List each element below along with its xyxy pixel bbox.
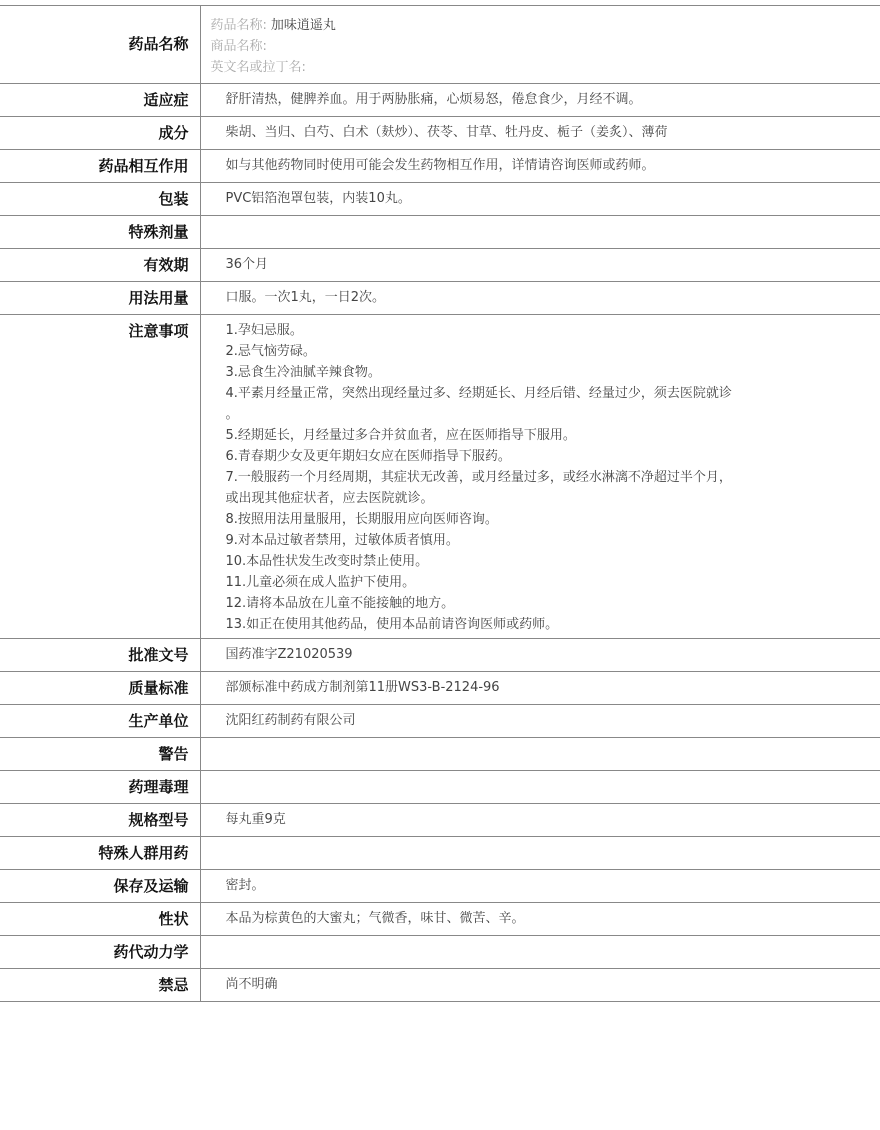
row-value: 舒肝清热，健脾养血。用于两胁胀痛，心烦易怒，倦怠食少，月经不调。 [200, 84, 880, 117]
row-value: 柴胡、当归、白芍、白术（麸炒）、茯苓、甘草、牡丹皮、栀子（姜炙）、薄荷 [200, 117, 880, 150]
row-label: 适应症 [0, 84, 200, 117]
row-drug-name: 药品名称 药品名称:加味逍遥丸 商品名称: 英文名或拉丁名: [0, 6, 880, 84]
row-value: 尚不明确 [200, 969, 880, 1002]
row-value: 36个月 [200, 249, 880, 282]
row-warning: 警告 [0, 738, 880, 771]
row-appearance: 性状 本品为棕黄色的大蜜丸；气微香，味甘、微苦、辛。 [0, 903, 880, 936]
row-special-dosage: 特殊剂量 [0, 216, 880, 249]
row-value [200, 216, 880, 249]
row-specification: 规格型号 每丸重9克 [0, 804, 880, 837]
row-value: 如与其他药物同时使用可能会发生药物相互作用，详情请咨询医师或药师。 [200, 150, 880, 183]
row-label: 药品名称 [0, 6, 200, 84]
row-pharmacology: 药理毒理 [0, 771, 880, 804]
precaution-line: 4.平素月经量正常，突然出现经量过多、经期延长、月经后错、经量过少，须去医院就诊 [226, 383, 880, 404]
precaution-line: 8.按照用法用量服用，长期服用应向医师咨询。 [226, 509, 880, 530]
row-value: 国药准字Z21020539 [200, 639, 880, 672]
row-value: 本品为棕黄色的大蜜丸；气微香，味甘、微苦、辛。 [200, 903, 880, 936]
row-value [200, 771, 880, 804]
precaution-line: 5.经期延长，月经量过多合并贫血者，应在医师指导下服用。 [226, 425, 880, 446]
row-value [200, 738, 880, 771]
generic-name-prefix: 药品名称: [211, 18, 267, 33]
precautions-list: 1.孕妇忌服。 2.忌气恼劳碌。 3.忌食生冷油腻辛辣食物。 4.平素月经量正常… [200, 315, 880, 639]
row-label: 性状 [0, 903, 200, 936]
generic-name-line: 药品名称:加味逍遥丸 [211, 15, 880, 36]
row-dosage: 用法用量 口服。一次1丸，一日2次。 [0, 282, 880, 315]
row-label: 保存及运输 [0, 870, 200, 903]
precaution-line: 9.对本品过敏者禁用，过敏体质者慎用。 [226, 530, 880, 551]
row-label: 质量标准 [0, 672, 200, 705]
row-storage: 保存及运输 密封。 [0, 870, 880, 903]
row-value: 沈阳红药制药有限公司 [200, 705, 880, 738]
row-value [200, 837, 880, 870]
row-pharmacokinetics: 药代动力学 [0, 936, 880, 969]
row-label: 生产单位 [0, 705, 200, 738]
latin-name-prefix: 英文名或拉丁名: [211, 60, 306, 75]
row-value: 口服。一次1丸，一日2次。 [200, 282, 880, 315]
precaution-line: 或出现其他症状者，应去医院就诊。 [226, 488, 880, 509]
precaution-line: 2.忌气恼劳碌。 [226, 341, 880, 362]
row-precautions: 注意事项 1.孕妇忌服。 2.忌气恼劳碌。 3.忌食生冷油腻辛辣食物。 4.平素… [0, 315, 880, 639]
row-label: 批准文号 [0, 639, 200, 672]
row-label: 有效期 [0, 249, 200, 282]
precaution-line: 12.请将本品放在儿童不能接触的地方。 [226, 593, 880, 614]
row-manufacturer: 生产单位 沈阳红药制药有限公司 [0, 705, 880, 738]
trade-name-line: 商品名称: [211, 36, 880, 57]
row-label: 包装 [0, 183, 200, 216]
row-interactions: 药品相互作用 如与其他药物同时使用可能会发生药物相互作用，详情请咨询医师或药师。 [0, 150, 880, 183]
row-indications: 适应症 舒肝清热，健脾养血。用于两胁胀痛，心烦易怒，倦怠食少，月经不调。 [0, 84, 880, 117]
row-value: 每丸重9克 [200, 804, 880, 837]
latin-name-line: 英文名或拉丁名: [211, 57, 880, 78]
precaution-line: 11.儿童必须在成人监护下使用。 [226, 572, 880, 593]
precaution-line: 。 [226, 404, 880, 425]
precaution-line: 6.青春期少女及更年期妇女应在医师指导下服药。 [226, 446, 880, 467]
row-label: 特殊人群用药 [0, 837, 200, 870]
generic-name-value: 加味逍遥丸 [271, 18, 336, 33]
row-label: 规格型号 [0, 804, 200, 837]
row-label: 警告 [0, 738, 200, 771]
row-label: 成分 [0, 117, 200, 150]
row-label: 药代动力学 [0, 936, 200, 969]
row-packaging: 包装 PVC铝箔泡罩包装，内装10丸。 [0, 183, 880, 216]
row-shelf-life: 有效期 36个月 [0, 249, 880, 282]
precaution-line: 1.孕妇忌服。 [226, 320, 880, 341]
row-quality-standard: 质量标准 部颁标准中药成方制剂第11册WS3-B-2124-96 [0, 672, 880, 705]
row-value: PVC铝箔泡罩包装，内装10丸。 [200, 183, 880, 216]
precaution-line: 3.忌食生冷油腻辛辣食物。 [226, 362, 880, 383]
row-label: 特殊剂量 [0, 216, 200, 249]
row-label: 禁忌 [0, 969, 200, 1002]
row-value: 部颁标准中药成方制剂第11册WS3-B-2124-96 [200, 672, 880, 705]
precaution-line: 13.如正在使用其他药品，使用本品前请咨询医师或药师。 [226, 614, 880, 635]
row-contraindications: 禁忌 尚不明确 [0, 969, 880, 1002]
row-label: 药品相互作用 [0, 150, 200, 183]
precaution-line: 10.本品性状发生改变时禁止使用。 [226, 551, 880, 572]
row-label: 用法用量 [0, 282, 200, 315]
precaution-line: 7.一般服药一个月经周期，其症状无改善，或月经量过多，或经水淋漓不净超过半个月， [226, 467, 880, 488]
row-label: 药理毒理 [0, 771, 200, 804]
row-value [200, 936, 880, 969]
drug-info-table: 药品名称 药品名称:加味逍遥丸 商品名称: 英文名或拉丁名: 适应症 舒肝清热，… [0, 5, 880, 1002]
row-value: 密封。 [200, 870, 880, 903]
drug-name-cell: 药品名称:加味逍遥丸 商品名称: 英文名或拉丁名: [200, 6, 880, 84]
row-ingredients: 成分 柴胡、当归、白芍、白术（麸炒）、茯苓、甘草、牡丹皮、栀子（姜炙）、薄荷 [0, 117, 880, 150]
row-approval-number: 批准文号 国药准字Z21020539 [0, 639, 880, 672]
row-special-populations: 特殊人群用药 [0, 837, 880, 870]
trade-name-prefix: 商品名称: [211, 39, 267, 54]
row-label: 注意事项 [0, 315, 200, 639]
